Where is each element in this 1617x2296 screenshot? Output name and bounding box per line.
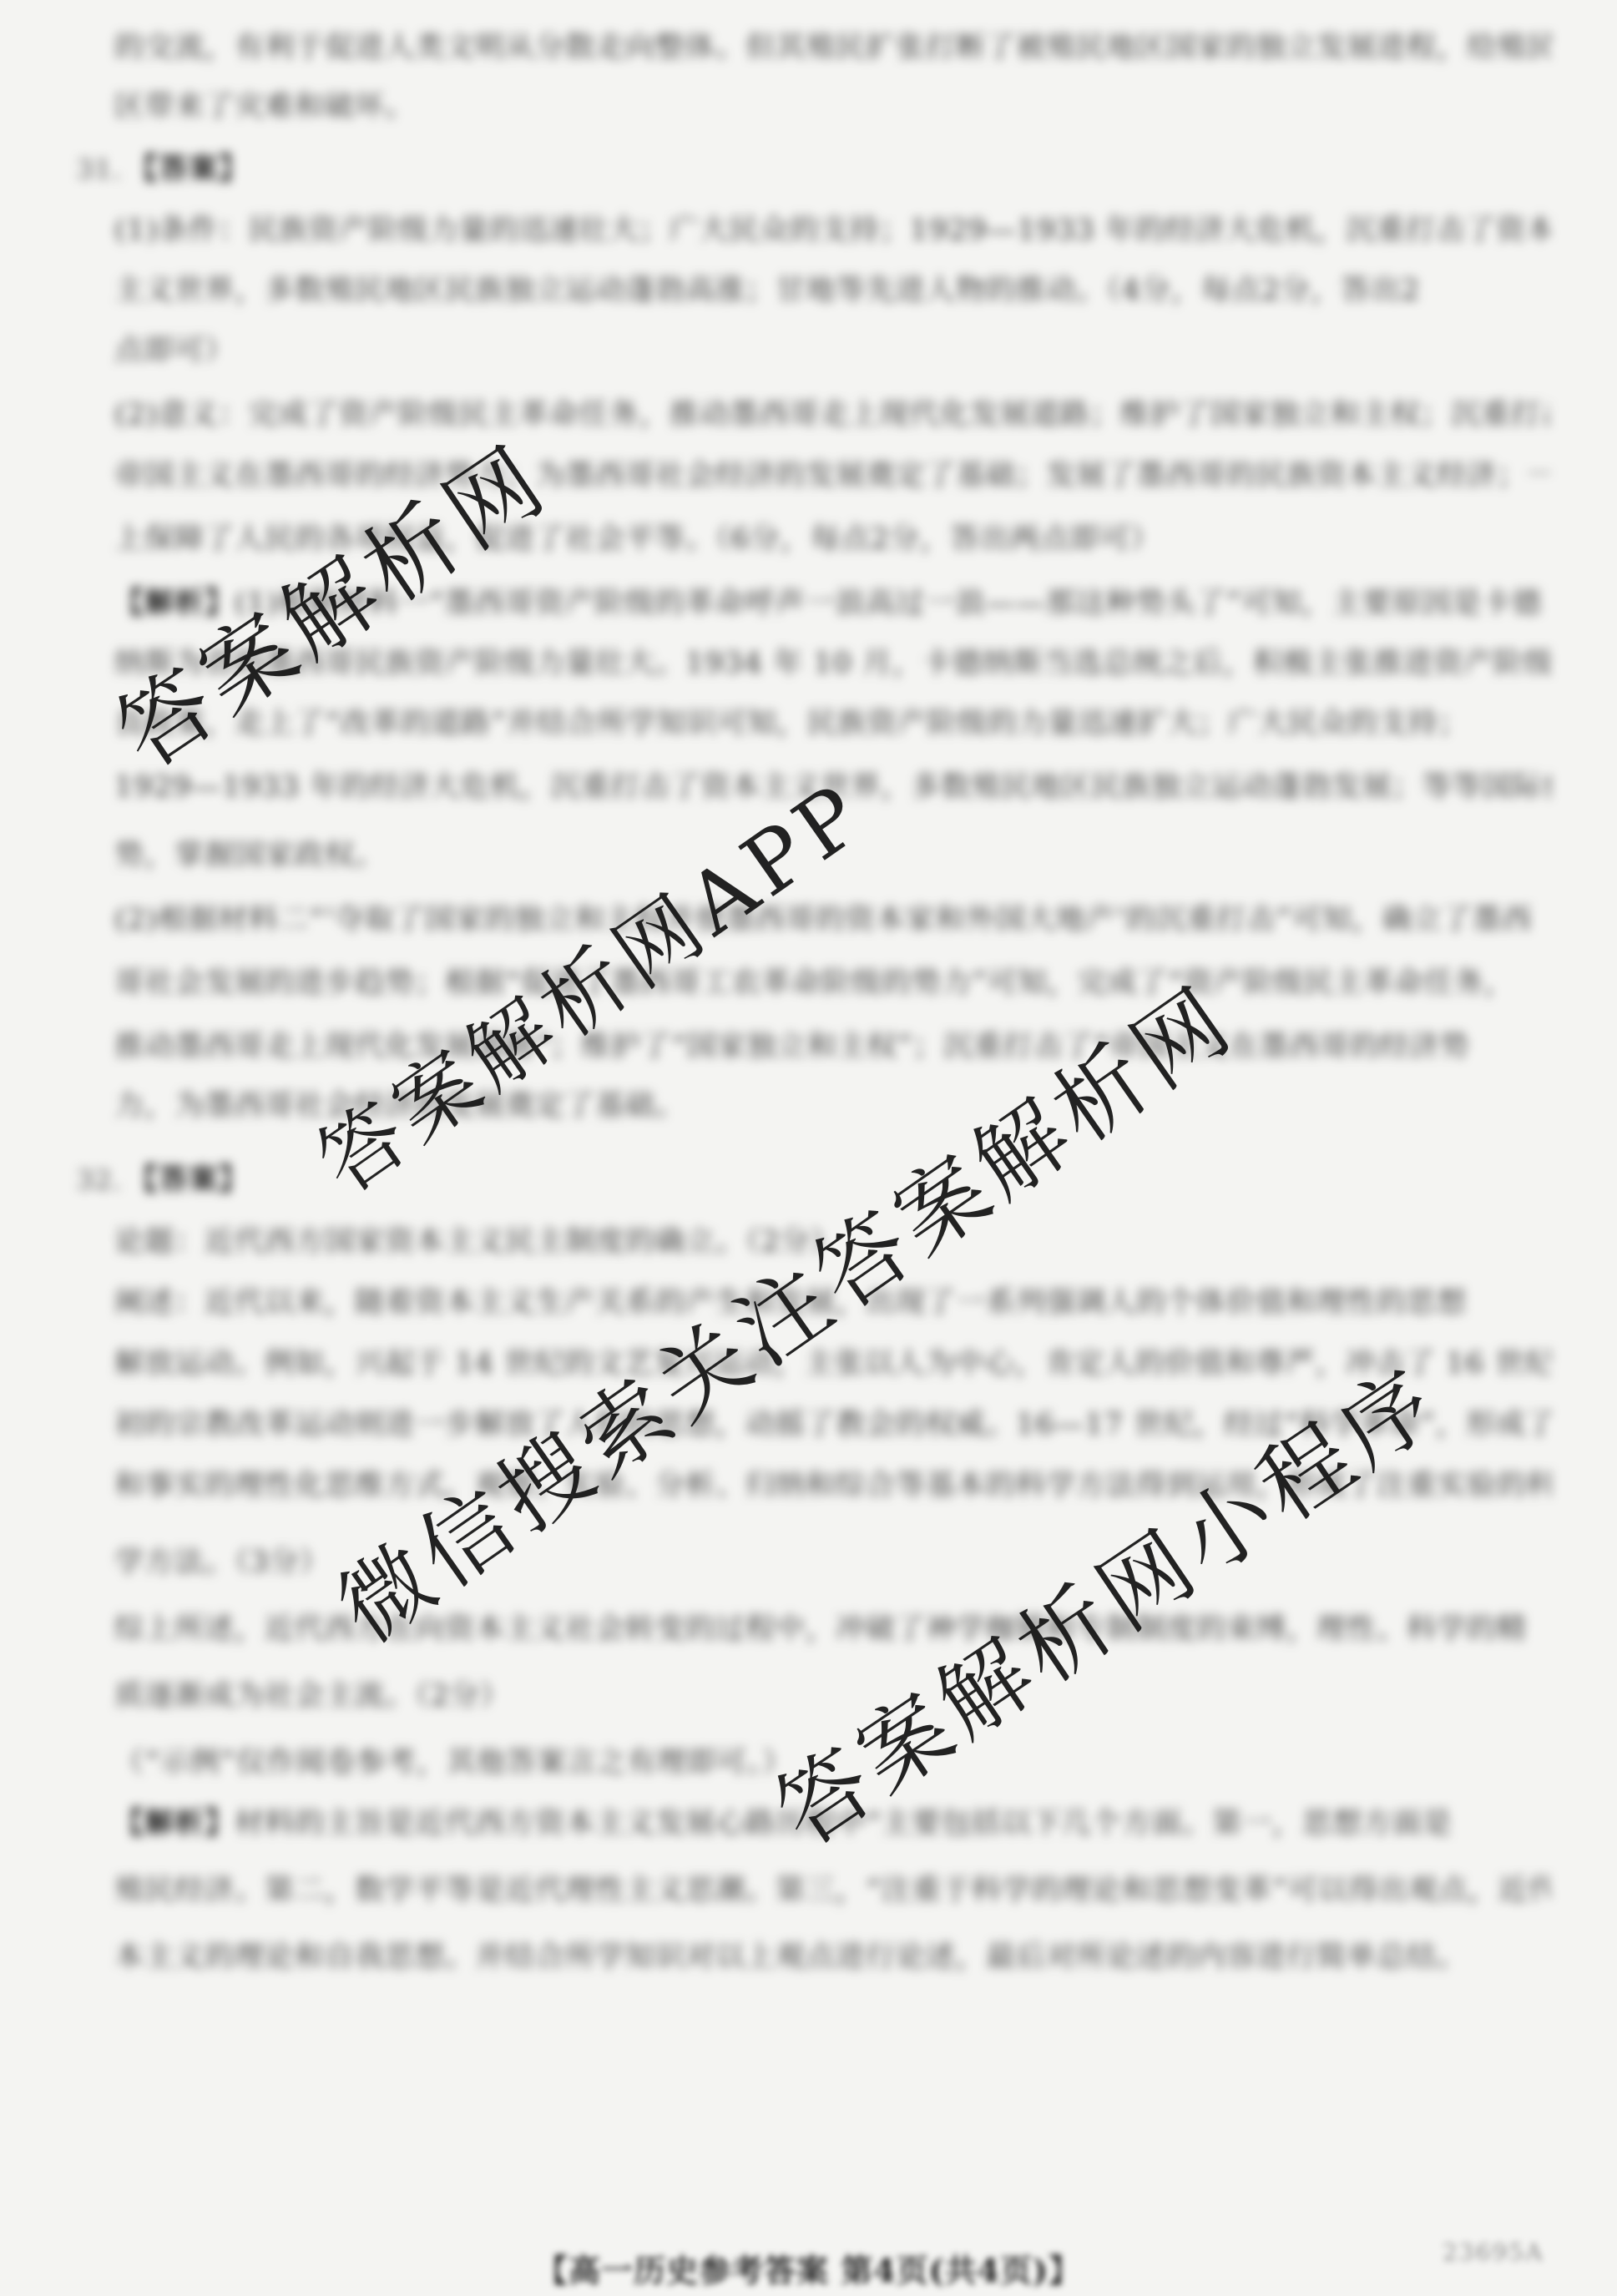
exam-answer-page: 的交流，有利于促进人类文明从分散走向整体。但其殖民扩张打断了被殖民地区国家的独立…: [0, 0, 1617, 2296]
footer-layer: 【高一历史参考答案 第4页(共4页)】 23695A: [0, 0, 1617, 2296]
page-footer-code: 23695A: [1443, 2238, 1544, 2266]
page-footer-title: 【高一历史参考答案 第4页(共4页)】: [0, 2245, 1617, 2291]
